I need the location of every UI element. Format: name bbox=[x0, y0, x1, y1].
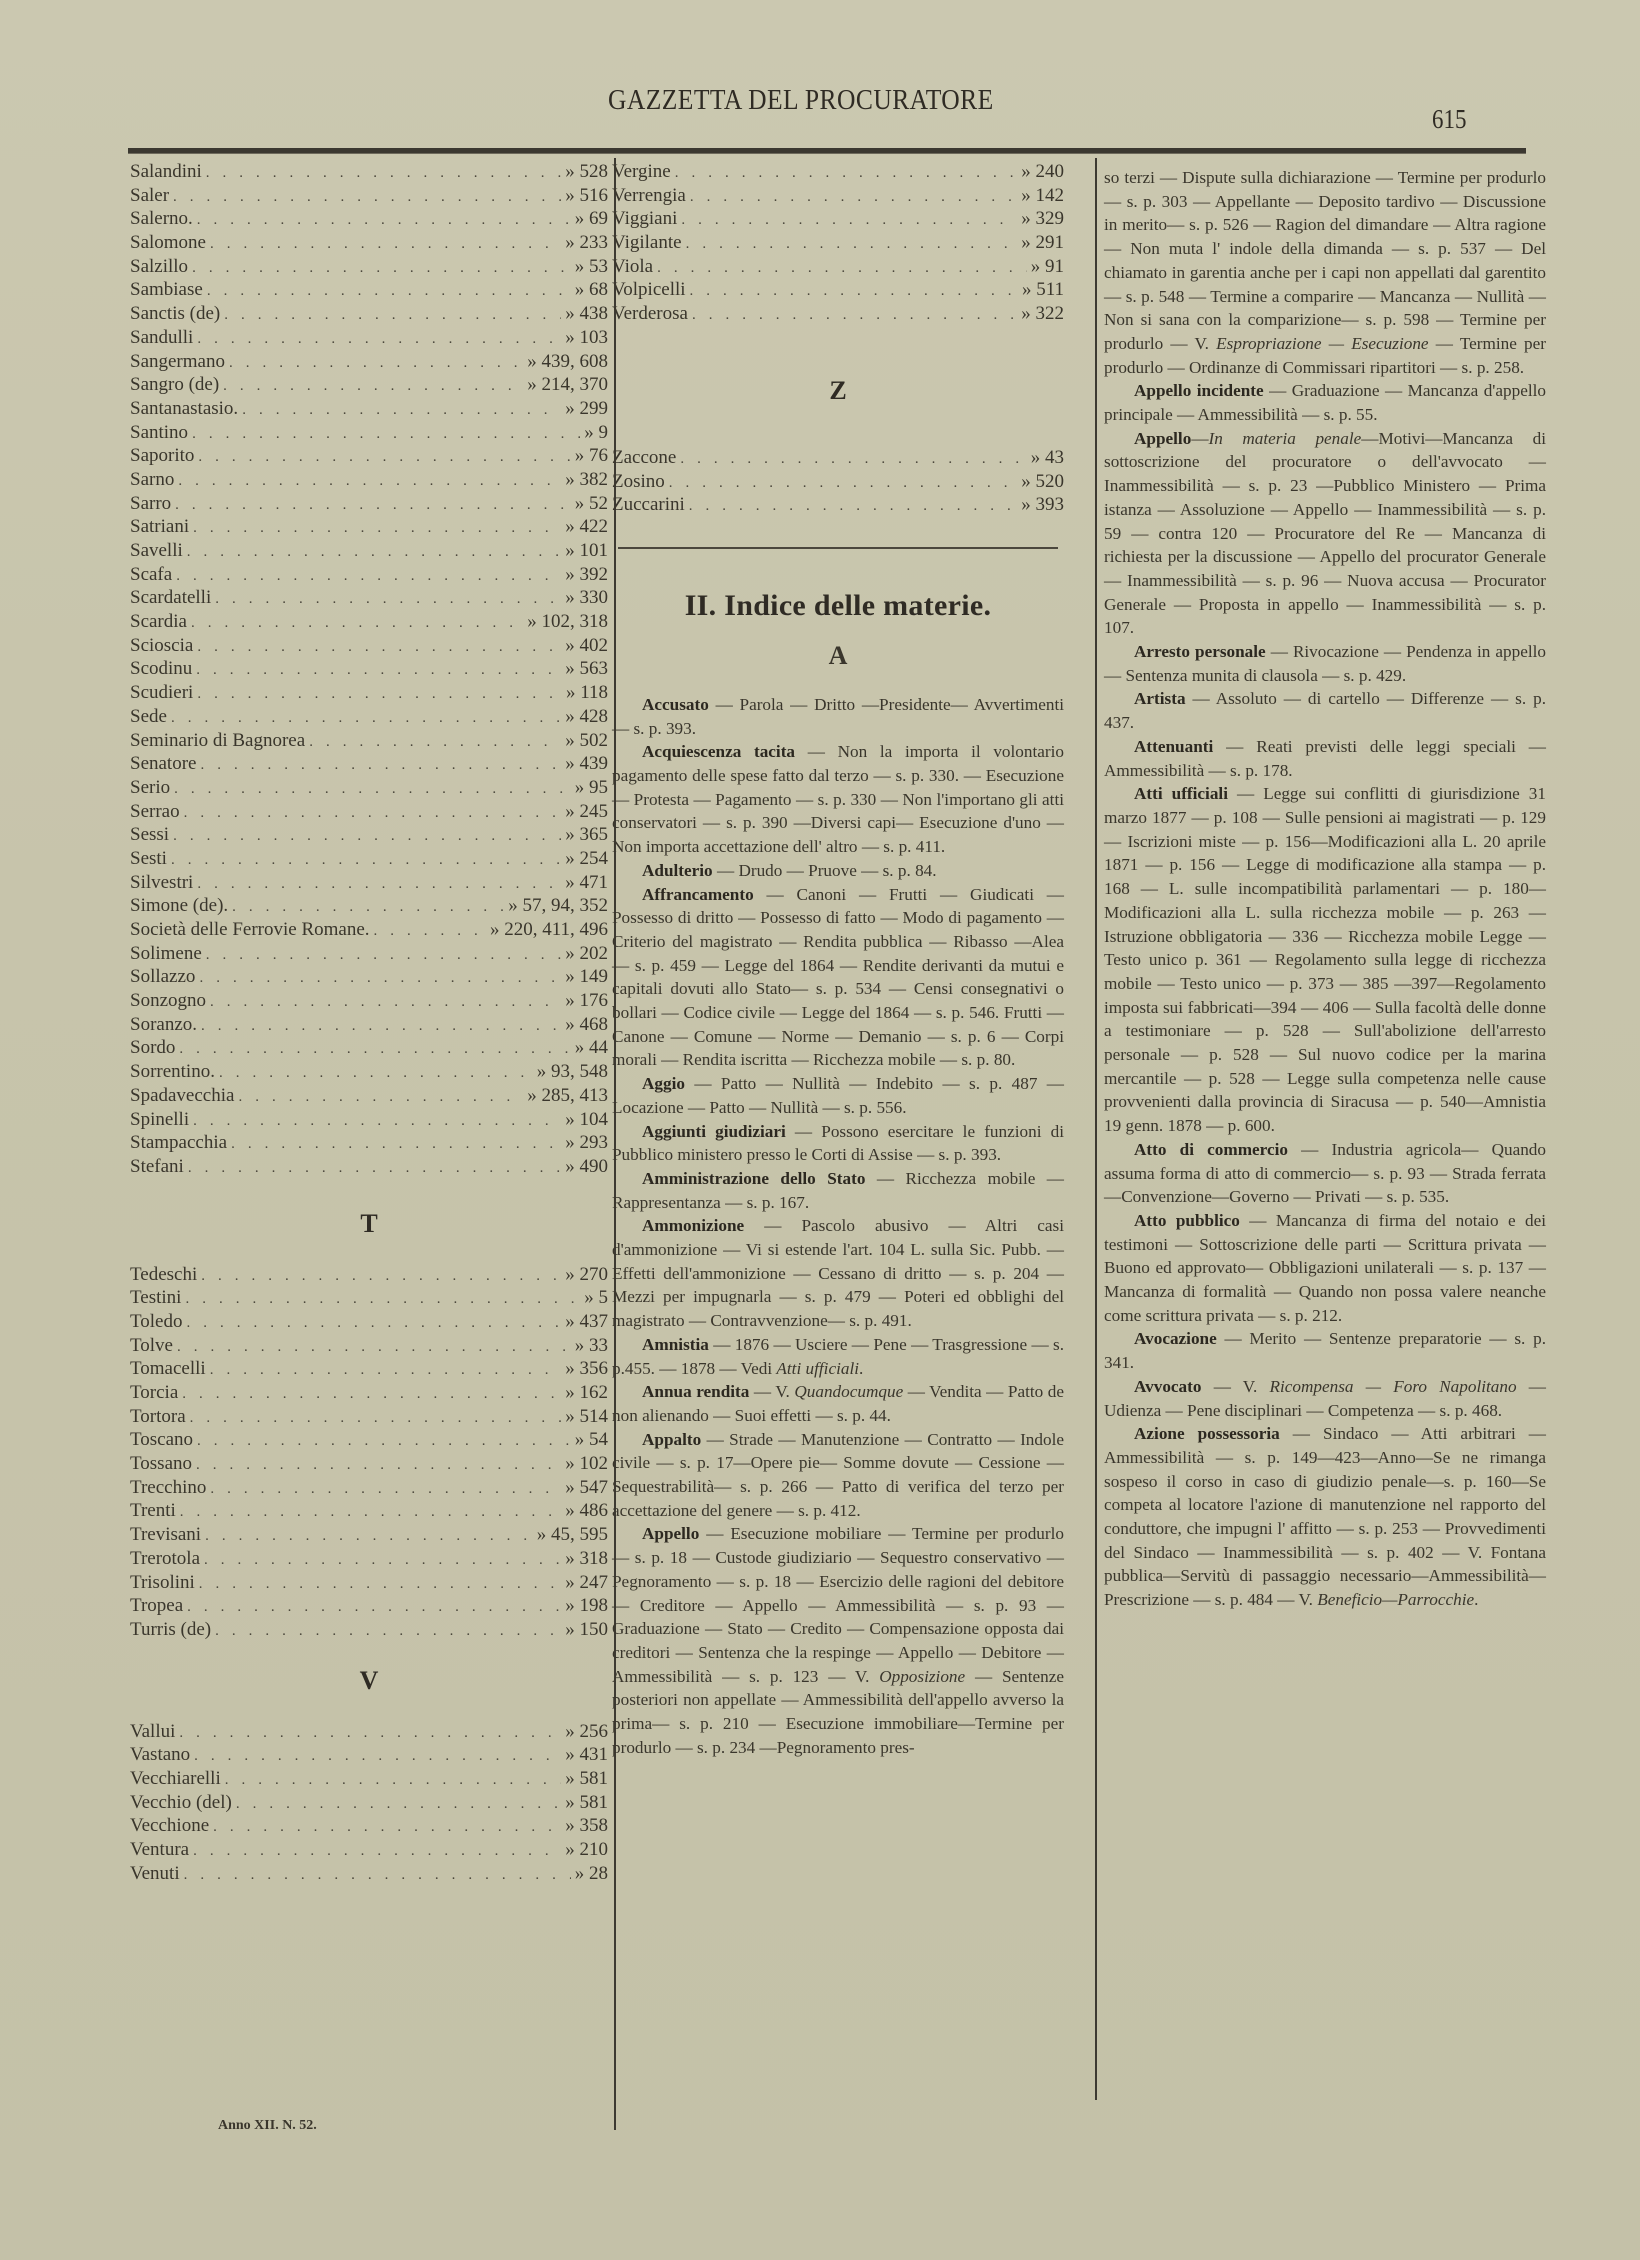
dot-leader: ........................................ bbox=[690, 186, 1017, 210]
index-entry-pages: » 233 bbox=[565, 231, 608, 255]
index-entry-pages: » 33 bbox=[575, 1334, 608, 1358]
dot-leader: ........................................ bbox=[179, 1722, 561, 1746]
index-entry-pages: » 43 bbox=[1031, 446, 1064, 470]
index-entry-pages: » 581 bbox=[565, 1791, 608, 1815]
dot-leader: ........................................ bbox=[175, 494, 571, 518]
index-entry: Sangro (de).............................… bbox=[130, 373, 608, 397]
index-entry-name: Santanastasio. bbox=[130, 397, 238, 421]
index-entry-name: Vergine bbox=[612, 160, 671, 184]
index-entry-name: Toledo bbox=[130, 1310, 183, 1334]
dot-leader: ........................................ bbox=[689, 495, 1017, 519]
index-entry: Vecchione...............................… bbox=[130, 1814, 608, 1838]
index-entry-pages: » 54 bbox=[575, 1428, 608, 1452]
index-entry-pages: » 176 bbox=[565, 989, 608, 1013]
index-entry: Vigilante...............................… bbox=[612, 231, 1064, 255]
index-entry: Saler...................................… bbox=[130, 184, 608, 208]
index-entry: Testini.................................… bbox=[130, 1286, 608, 1310]
subject-entry-text: so terzi — Dispute sulla dichiarazione —… bbox=[1104, 168, 1546, 353]
subject-entry: Annua rendita — V. Quandocumque — Vendit… bbox=[612, 1380, 1064, 1427]
index-list-t: Tedeschi................................… bbox=[130, 1263, 608, 1642]
index-entry-name: Salandini bbox=[130, 160, 202, 184]
index-entry-pages: » 439 bbox=[565, 752, 608, 776]
index-entry: Santino.................................… bbox=[130, 421, 608, 445]
index-entry: Toledo..................................… bbox=[130, 1310, 608, 1334]
index-entry-pages: » 422 bbox=[565, 515, 608, 539]
index-entry: Trevisani...............................… bbox=[130, 1523, 608, 1547]
index-entry-pages: » 142 bbox=[1021, 184, 1064, 208]
index-entry-pages: » 214, 370 bbox=[527, 373, 608, 397]
subject-letter-a: A bbox=[612, 641, 1064, 671]
index-entry: Serrao..................................… bbox=[130, 800, 608, 824]
subject-entry-crossref: Ricompensa — Foro Napolitano bbox=[1270, 1377, 1517, 1396]
index-entry-name: Tolve bbox=[130, 1334, 173, 1358]
index-entry-pages: » 330 bbox=[565, 586, 608, 610]
index-entry-name: Senatore bbox=[130, 752, 196, 776]
dot-leader: ........................................ bbox=[224, 304, 561, 328]
dot-leader: ........................................ bbox=[219, 1062, 533, 1086]
index-entry-name: Scodinu bbox=[130, 657, 192, 681]
index-entry-name: Vecchione bbox=[130, 1814, 209, 1838]
subject-entry: Avocazione — Merito — Sentenze preparato… bbox=[1104, 1327, 1546, 1374]
subject-entry-tail: . bbox=[859, 1359, 863, 1378]
subject-entry: Atti ufficiali — Legge sui conflitti di … bbox=[1104, 782, 1546, 1138]
subject-entry-text: — V. bbox=[749, 1382, 794, 1401]
subject-entry-crossref: In materia penale bbox=[1209, 429, 1362, 448]
dot-leader: ........................................ bbox=[681, 209, 1017, 233]
subject-entry: Azione possessoria — Sindaco — Atti arbi… bbox=[1104, 1422, 1546, 1612]
index-entry-name: Stampacchia bbox=[130, 1131, 227, 1155]
index-entry-name: Sangro (de) bbox=[130, 373, 219, 397]
index-entry: Spadavecchia............................… bbox=[130, 1084, 608, 1108]
index-entry: Sede....................................… bbox=[130, 705, 608, 729]
index-entry-pages: » 322 bbox=[1021, 302, 1064, 326]
subject-entry: Aggio — Patto — Nullità — Indebito — s. … bbox=[612, 1072, 1064, 1119]
subject-entry: Artista — Assoluto — di cartello — Diffe… bbox=[1104, 687, 1546, 734]
subject-entry-heading: Acquiescenza tacita bbox=[642, 742, 795, 761]
index-entry-name: Saler bbox=[130, 184, 169, 208]
index-entry-pages: » 490 bbox=[565, 1155, 608, 1179]
subject-entry-heading: Amnistia bbox=[642, 1335, 709, 1354]
dot-leader: ........................................ bbox=[192, 423, 580, 447]
index-entry: Tedeschi................................… bbox=[130, 1263, 608, 1287]
index-entry: Scardatelli.............................… bbox=[130, 586, 608, 610]
index-entry-pages: » 103 bbox=[565, 326, 608, 350]
index-entry-name: Simone (de). bbox=[130, 894, 228, 918]
index-entry-pages: » 102, 318 bbox=[527, 610, 608, 634]
dot-leader: ........................................ bbox=[176, 565, 561, 589]
dot-leader: ........................................ bbox=[215, 1620, 561, 1644]
subject-entry: Amnistia — 1876 — Usciere — Pene — Trasg… bbox=[612, 1333, 1064, 1380]
index-entry-name: Zaccone bbox=[612, 446, 676, 470]
subject-entry-text: — Drudo — Pruove — s. p. 84. bbox=[713, 861, 937, 880]
subject-entry-heading: Appello incidente bbox=[1134, 381, 1264, 400]
dot-leader: ........................................ bbox=[173, 825, 561, 849]
index-entry: Vecchiarelli............................… bbox=[130, 1767, 608, 1791]
dot-leader: ........................................ bbox=[197, 1430, 571, 1454]
dot-leader: ........................................ bbox=[206, 944, 561, 968]
index-entry-pages: » 329 bbox=[1021, 207, 1064, 231]
index-entry: Viggiani................................… bbox=[612, 207, 1064, 231]
subject-entry-heading: Attenuanti bbox=[1134, 737, 1213, 756]
index-entry-name: Sandulli bbox=[130, 326, 193, 350]
index-entry-name: Vigilante bbox=[612, 231, 682, 255]
index-entry-name: Trevisani bbox=[130, 1523, 201, 1547]
dot-leader: ........................................ bbox=[680, 448, 1026, 472]
index-entry-name: Sede bbox=[130, 705, 167, 729]
index-entry-pages: » 91 bbox=[1031, 255, 1064, 279]
index-entry: Sordo...................................… bbox=[130, 1036, 608, 1060]
newspaper-page: GAZZETTA DEL PROCURATORE 615 Salandini..… bbox=[0, 0, 1640, 2260]
dot-leader: ........................................ bbox=[193, 517, 561, 541]
index-entry-pages: » 57, 94, 352 bbox=[508, 894, 608, 918]
index-entry-name: Tropea bbox=[130, 1594, 183, 1618]
index-entry: Spinelli................................… bbox=[130, 1108, 608, 1132]
subject-entry: Appello—In materia penale—Motivi—Mancanz… bbox=[1104, 427, 1546, 640]
index-entry-name: Soranzo. bbox=[130, 1013, 197, 1037]
index-entry: Venuti..................................… bbox=[130, 1862, 608, 1886]
index-entry-pages: » 95 bbox=[575, 776, 608, 800]
subject-entry: Attenuanti — Reati previsti delle leggi … bbox=[1104, 735, 1546, 782]
subject-entry-heading: Azione possessoria bbox=[1134, 1424, 1280, 1443]
index-entry-pages: » 44 bbox=[575, 1036, 608, 1060]
index-entry-pages: » 581 bbox=[565, 1767, 608, 1791]
index-entry: Sarno...................................… bbox=[130, 468, 608, 492]
subject-entry-heading: Atto di commercio bbox=[1134, 1140, 1288, 1159]
index-entry: Senatore................................… bbox=[130, 752, 608, 776]
subject-entry-text: — Canoni — Frutti — Giudicati — Possesso… bbox=[612, 885, 1064, 1070]
index-entry-name: Testini bbox=[130, 1286, 181, 1310]
index-entry-name: Solimene bbox=[130, 942, 202, 966]
dot-leader: ........................................ bbox=[213, 1816, 561, 1840]
index-entry: Tortora.................................… bbox=[130, 1405, 608, 1429]
index-entry-pages: » 76 bbox=[575, 444, 608, 468]
subject-entry-heading: Arresto personale bbox=[1134, 642, 1266, 661]
dot-leader: ........................................ bbox=[206, 162, 561, 186]
index-entry: Verrengia...............................… bbox=[612, 184, 1064, 208]
index-entry: Società delle Ferrovie Romane...........… bbox=[130, 918, 608, 942]
index-entry-name: Saporito bbox=[130, 444, 194, 468]
index-entry-name: Sorrentino. bbox=[130, 1060, 215, 1084]
dot-leader: ........................................ bbox=[201, 1015, 561, 1039]
index-entry-name: Seminario di Bagnorea bbox=[130, 729, 305, 753]
page-number: 615 bbox=[1432, 104, 1466, 135]
dot-leader: ........................................ bbox=[185, 1288, 580, 1312]
dot-leader: ........................................ bbox=[191, 612, 523, 636]
subject-entry-tail: . bbox=[1474, 1590, 1478, 1609]
index-entry: Sesti...................................… bbox=[130, 847, 608, 871]
index-entry-name: Vecchio (del) bbox=[130, 1791, 232, 1815]
index-entry-name: Scudieri bbox=[130, 681, 193, 705]
index-entry-pages: » 402 bbox=[565, 634, 608, 658]
dot-leader: ........................................ bbox=[690, 280, 1018, 304]
dot-leader: ........................................ bbox=[199, 1573, 561, 1597]
index-entry-pages: » 516 bbox=[565, 184, 608, 208]
index-entry-pages: » 318 bbox=[565, 1547, 608, 1571]
dot-leader: ........................................ bbox=[197, 873, 561, 897]
index-entry-name: Turris (de) bbox=[130, 1618, 211, 1642]
index-list-z: Zaccone.................................… bbox=[612, 446, 1064, 517]
index-entry-name: Sangermano bbox=[130, 350, 225, 374]
index-entry-pages: » 53 bbox=[575, 255, 608, 279]
index-entry-name: Stefani bbox=[130, 1155, 184, 1179]
index-entry-name: Sordo bbox=[130, 1036, 175, 1060]
dot-leader: ........................................ bbox=[210, 1359, 562, 1383]
index-entry-pages: » 210 bbox=[565, 1838, 608, 1862]
subject-entry-tail: —Motivi—Mancanza di sottoscrizione del p… bbox=[1104, 429, 1546, 638]
index-entry: Ventura.................................… bbox=[130, 1838, 608, 1862]
index-entry: Scodinu.................................… bbox=[130, 657, 608, 681]
index-entry-name: Tossano bbox=[130, 1452, 192, 1476]
subject-entry-text: — bbox=[1191, 429, 1208, 448]
index-entry-pages: » 93, 548 bbox=[537, 1060, 608, 1084]
index-entry-pages: » 511 bbox=[1022, 278, 1064, 302]
subject-entry-heading: Appalto bbox=[642, 1430, 701, 1449]
index-entry: Tolve...................................… bbox=[130, 1334, 608, 1358]
index-entry: Trenti..................................… bbox=[130, 1499, 608, 1523]
index-entry-name: Società delle Ferrovie Romane. bbox=[130, 918, 370, 942]
index-entry: Sonzogno................................… bbox=[130, 989, 608, 1013]
index-entry-name: Trecchino bbox=[130, 1476, 206, 1500]
index-entry: Torcia..................................… bbox=[130, 1381, 608, 1405]
index-entry-pages: » 270 bbox=[565, 1263, 608, 1287]
dot-leader: ........................................ bbox=[210, 233, 561, 257]
index-entry: Toscano.................................… bbox=[130, 1428, 608, 1452]
dot-leader: ........................................ bbox=[197, 636, 561, 660]
dot-leader: ........................................ bbox=[238, 1086, 523, 1110]
dot-leader: ........................................ bbox=[184, 802, 562, 826]
index-entry: Tossano.................................… bbox=[130, 1452, 608, 1476]
subject-entry-crossref: Quandocumque bbox=[794, 1382, 903, 1401]
subject-entry: Amministrazione dello Stato — Ricchezza … bbox=[612, 1167, 1064, 1214]
index-entry-pages: » 28 bbox=[575, 1862, 608, 1886]
index-entry: Simone (de).............................… bbox=[130, 894, 608, 918]
subject-entry: Appello incidente — Graduazione — Mancan… bbox=[1104, 379, 1546, 426]
dot-leader: ........................................ bbox=[190, 1407, 562, 1431]
index-entry-pages: » 68 bbox=[575, 278, 608, 302]
index-entry-pages: » 118 bbox=[566, 681, 608, 705]
index-entry-name: Sarro bbox=[130, 492, 171, 516]
subject-entry: Appello — Esecuzione mobiliare — Termine… bbox=[612, 1522, 1064, 1759]
dot-leader: ........................................ bbox=[207, 280, 571, 304]
index-entry-pages: » 365 bbox=[565, 823, 608, 847]
subject-entry: Ammonizione — Pascolo abusivo — Altri ca… bbox=[612, 1214, 1064, 1333]
index-entry-name: Sonzogno bbox=[130, 989, 206, 1013]
dot-leader: ........................................ bbox=[242, 399, 561, 423]
index-entry-pages: » 547 bbox=[565, 1476, 608, 1500]
dot-leader: ........................................ bbox=[225, 1769, 562, 1793]
index-entry-pages: » 486 bbox=[565, 1499, 608, 1523]
index-entry-name: Zosino bbox=[612, 470, 665, 494]
subject-entry-heading: Aggio bbox=[642, 1074, 685, 1093]
header-rule bbox=[128, 148, 1526, 154]
dot-leader: ........................................ bbox=[174, 778, 571, 802]
subject-entry-crossref: Espropriazione — Esecuzione bbox=[1216, 334, 1428, 353]
index-entry-pages: » 528 bbox=[565, 160, 608, 184]
index-entry-name: Verrengia bbox=[612, 184, 686, 208]
index-column-1: Salandini...............................… bbox=[130, 160, 608, 1885]
index-entry-name: Tedeschi bbox=[130, 1263, 197, 1287]
index-entry-name: Sarno bbox=[130, 468, 174, 492]
index-entry-name: Serio bbox=[130, 776, 170, 800]
index-entry-name: Tortora bbox=[130, 1405, 186, 1429]
index-entry: Vergine.................................… bbox=[612, 160, 1064, 184]
index-entry-pages: » 202 bbox=[565, 942, 608, 966]
index-entry: Trerotola...............................… bbox=[130, 1547, 608, 1571]
index-entry-pages: » 150 bbox=[565, 1618, 608, 1642]
index-entry-name: Volpicelli bbox=[612, 278, 686, 302]
index-entry: Stefani.................................… bbox=[130, 1155, 608, 1179]
dot-leader: ........................................ bbox=[200, 754, 561, 778]
index-entry-pages: » 101 bbox=[565, 539, 608, 563]
index-entry: Salzillo................................… bbox=[130, 255, 608, 279]
subject-entry-text: — Esecuzione mobiliare — Termine per pro… bbox=[612, 1524, 1064, 1685]
issue-mark: Anno XII. N. 52. bbox=[218, 2118, 317, 2134]
index-entry: Vallui..................................… bbox=[130, 1720, 608, 1744]
subject-entry-heading: Amministrazione dello Stato bbox=[642, 1169, 865, 1188]
index-entry: Salandini...............................… bbox=[130, 160, 608, 184]
subject-entry-text: — Sindaco — Atti arbitrari — Ammessibili… bbox=[1104, 1424, 1546, 1609]
subject-entry-heading: Appello bbox=[642, 1524, 699, 1543]
subject-entry-heading: Atto pubblico bbox=[1134, 1211, 1240, 1230]
dot-leader: ........................................ bbox=[196, 1454, 561, 1478]
index-entry-name: Savelli bbox=[130, 539, 183, 563]
index-entry-name: Trerotola bbox=[130, 1547, 200, 1571]
index-entry-pages: » 69 bbox=[575, 207, 608, 231]
index-entry-name: Verderosa bbox=[612, 302, 688, 326]
index-entry-pages: » 247 bbox=[565, 1571, 608, 1595]
letter-heading-t: T bbox=[130, 1185, 608, 1263]
index-entry-pages: » 431 bbox=[565, 1743, 608, 1767]
index-list-v: Vallui..................................… bbox=[130, 1720, 608, 1886]
index-entry: Sangermano..............................… bbox=[130, 350, 608, 374]
index-entry-pages: » 45, 595 bbox=[537, 1523, 608, 1547]
dot-leader: ........................................ bbox=[171, 707, 561, 731]
subject-entry-crossref: Beneficio—Parrocchie bbox=[1317, 1590, 1474, 1609]
index-entry-name: Toscano bbox=[130, 1428, 193, 1452]
index-column-2: Vergine.................................… bbox=[612, 160, 1064, 1760]
subject-entry: Accusato — Parola — Dritto —Presidente— … bbox=[612, 693, 1064, 740]
dot-leader: ........................................ bbox=[675, 162, 1018, 186]
index-entry: Stampacchia.............................… bbox=[130, 1131, 608, 1155]
index-entry: Salerno.................................… bbox=[130, 207, 608, 231]
subject-entry: Arresto personale — Rivocazione — Penden… bbox=[1104, 640, 1546, 687]
index-entry-name: Viggiani bbox=[612, 207, 677, 231]
index-entry: Satriani................................… bbox=[130, 515, 608, 539]
index-entry-name: Spadavecchia bbox=[130, 1084, 234, 1108]
dot-leader: ........................................ bbox=[197, 328, 561, 352]
index-entry: Silvestri...............................… bbox=[130, 871, 608, 895]
dot-leader: ........................................ bbox=[196, 659, 561, 683]
subject-entry-heading: Affrancamento bbox=[642, 885, 754, 904]
index-entry-pages: » 438 bbox=[565, 302, 608, 326]
index-entry: Vecchio (del)...........................… bbox=[130, 1791, 608, 1815]
index-entry-pages: » 9 bbox=[584, 421, 608, 445]
index-entry-name: Sollazzo bbox=[130, 965, 195, 989]
dot-leader: ........................................ bbox=[193, 1110, 561, 1134]
dot-leader: ........................................ bbox=[204, 1549, 561, 1573]
index-entry-name: Vastano bbox=[130, 1743, 190, 1767]
subject-entry-crossref: Atti ufficiali bbox=[776, 1359, 859, 1378]
index-entry-name: Venuti bbox=[130, 1862, 180, 1886]
index-entry-pages: » 439, 608 bbox=[527, 350, 608, 374]
index-entry: Savelli.................................… bbox=[130, 539, 608, 563]
dot-leader: ........................................ bbox=[194, 1745, 561, 1769]
index-entry: Zaccone.................................… bbox=[612, 446, 1064, 470]
index-entry: Scudieri................................… bbox=[130, 681, 608, 705]
index-entry-pages: » 471 bbox=[565, 871, 608, 895]
index-entry: Salomone................................… bbox=[130, 231, 608, 255]
index-entry: Trisolini...............................… bbox=[130, 1571, 608, 1595]
dot-leader: ........................................ bbox=[223, 375, 523, 399]
index-entry: Sollazzo................................… bbox=[130, 965, 608, 989]
index-entry: Sarro...................................… bbox=[130, 492, 608, 516]
index-entry-name: Sessi bbox=[130, 823, 169, 847]
index-entry: Turris (de).............................… bbox=[130, 1618, 608, 1642]
index-entry: Zosino..................................… bbox=[612, 470, 1064, 494]
index-entry-name: Viola bbox=[612, 255, 653, 279]
index-entry-pages: » 5 bbox=[584, 1286, 608, 1310]
index-entry: Vastano.................................… bbox=[130, 1743, 608, 1767]
dot-leader: ........................................ bbox=[184, 1864, 571, 1888]
index-entry-pages: » 437 bbox=[565, 1310, 608, 1334]
dot-leader: ........................................ bbox=[215, 588, 561, 612]
subject-entry-text: — Legge sui conflitti di giurisdizione 3… bbox=[1104, 784, 1546, 1135]
index-entry-name: Tomacelli bbox=[130, 1357, 206, 1381]
subject-entry-heading: Adulterio bbox=[642, 861, 713, 880]
index-entry-pages: » 149 bbox=[565, 965, 608, 989]
index-entry-name: Salzillo bbox=[130, 255, 188, 279]
dot-leader: ........................................ bbox=[374, 920, 486, 944]
dot-leader: ........................................ bbox=[178, 470, 561, 494]
index-entry: Saporito................................… bbox=[130, 444, 608, 468]
index-entry-pages: » 102 bbox=[565, 1452, 608, 1476]
index-entry: Verderosa...............................… bbox=[612, 302, 1064, 326]
index-entry-pages: » 285, 413 bbox=[527, 1084, 608, 1108]
subject-entry: so terzi — Dispute sulla dichiarazione —… bbox=[1104, 166, 1546, 379]
index-list-s: Salandini...............................… bbox=[130, 160, 608, 1179]
index-entry-name: Trisolini bbox=[130, 1571, 195, 1595]
dot-leader: ........................................ bbox=[205, 1525, 533, 1549]
index-column-3: so terzi — Dispute sulla dichiarazione —… bbox=[1104, 166, 1546, 1612]
subject-entry-heading: Annua rendita bbox=[642, 1382, 749, 1401]
subject-entry: Atto di commercio — Industria agricola— … bbox=[1104, 1138, 1546, 1209]
index-entry-name: Ventura bbox=[130, 1838, 189, 1862]
index-entry-name: Spinelli bbox=[130, 1108, 189, 1132]
dot-leader: ........................................ bbox=[187, 1596, 561, 1620]
dot-leader: ........................................ bbox=[199, 967, 561, 991]
index-entry-name: Vallui bbox=[130, 1720, 175, 1744]
subject-entry-heading: Avocazione bbox=[1134, 1329, 1217, 1348]
subject-entries-col2: Accusato — Parola — Dritto —Presidente— … bbox=[612, 693, 1064, 1760]
index-entry-pages: » 256 bbox=[565, 1720, 608, 1744]
index-entry-pages: » 254 bbox=[565, 847, 608, 871]
dot-leader: ........................................ bbox=[692, 304, 1017, 328]
subject-entry-crossref: Opposizione bbox=[879, 1667, 965, 1686]
index-list-v-cont: Vergine.................................… bbox=[612, 160, 1064, 326]
index-entry-pages: » 356 bbox=[565, 1357, 608, 1381]
dot-leader: ........................................ bbox=[177, 1336, 571, 1360]
letter-heading-z: Z bbox=[612, 326, 1064, 446]
subject-entry: Appalto — Strade — Manutenzione — Contra… bbox=[612, 1428, 1064, 1523]
dot-leader: ........................................ bbox=[232, 896, 504, 920]
index-entry-name: Zuccarini bbox=[612, 493, 685, 517]
dot-leader: ........................................ bbox=[192, 257, 571, 281]
subject-entry: Avvocato — V. Ricompensa — Foro Napolita… bbox=[1104, 1375, 1546, 1422]
dot-leader: ........................................ bbox=[179, 1038, 570, 1062]
index-entry-pages: » 162 bbox=[565, 1381, 608, 1405]
index-entry: Solimene................................… bbox=[130, 942, 608, 966]
subject-entry: Adulterio — Drudo — Pruove — s. p. 84. bbox=[612, 859, 1064, 883]
